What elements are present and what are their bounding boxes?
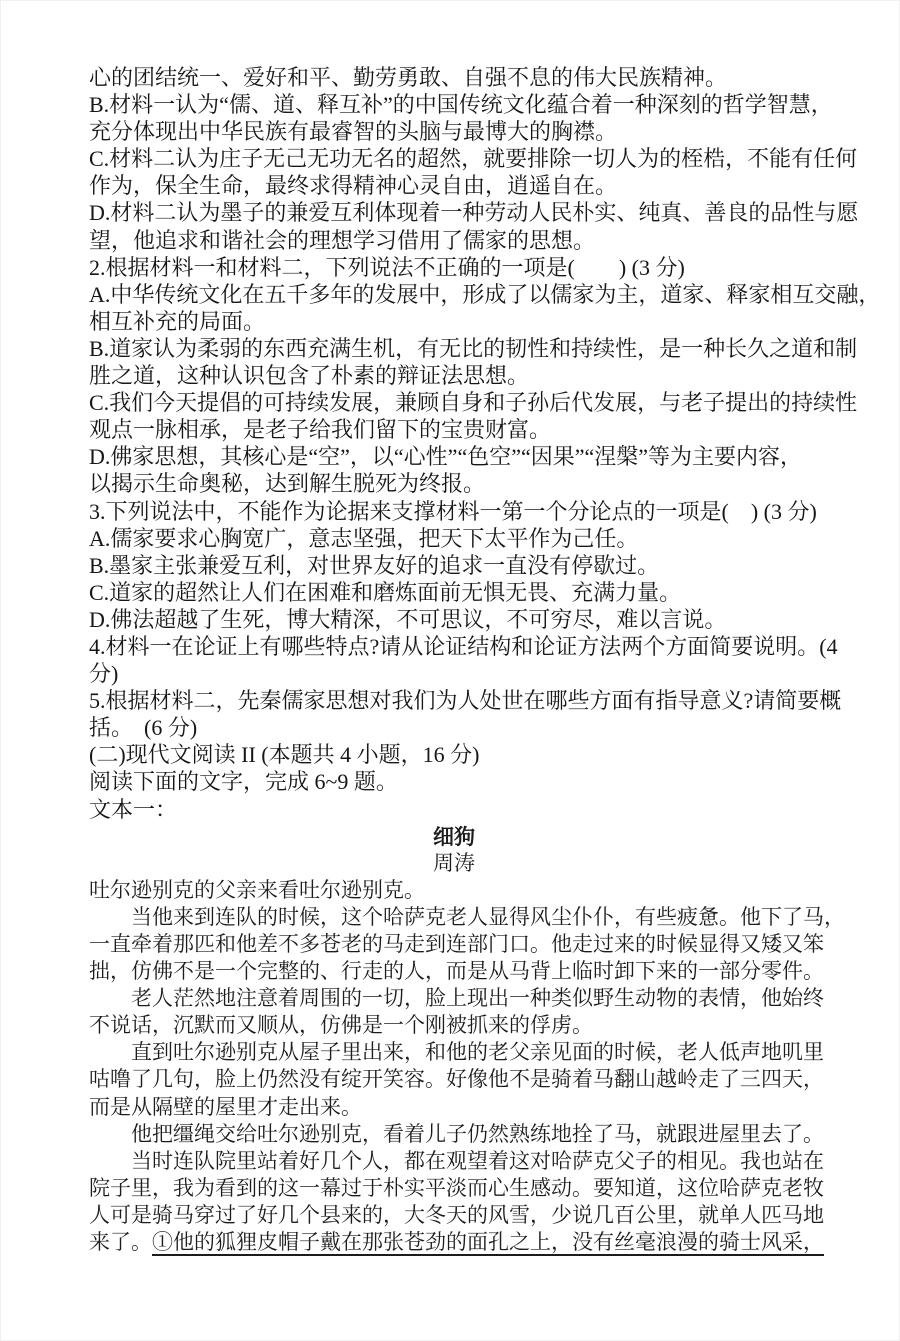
option-b-cont: 充分体现出中华民族有最睿智的头脑与最博大的胸襟。 <box>89 118 819 145</box>
q2-option-b: B.道家认为柔弱的东西充满生机，有无比的韧性和持续性，是一种长久之道和制 <box>89 335 819 362</box>
text-run: B.材料一认为“儒、道、释互补”的中国传统文化蕴合着一种深刻的哲学智慧， <box>89 92 833 117</box>
text-run: 咕噜了几句，脸上仍然没有绽开笑容。好像他不是骑着马翻山越岭走了三四天， <box>89 1067 824 1091</box>
text-run: C.材料二认为庄子无己无功无名的超然，就要排除一切人为的桎梏，不能有任何 <box>89 146 857 171</box>
story-line: 而是从隔壁的屋里才走出来。 <box>89 1094 819 1121</box>
story-author: 周涛 <box>89 850 819 877</box>
text-run: 望，他追求和谐社会的理想学习借用了儒家的思想。 <box>89 228 595 253</box>
q2-option-d: D.佛家思想，其核心是“空”，以“心性”“色空”“因果”“涅槃”等为主要内容， <box>89 443 819 470</box>
text-run: D.材料二认为墨子的兼爱互利体现着一种劳动人民朴实、纯真、善良的品性与愿 <box>89 200 858 225</box>
text-one-label: 文本一： <box>89 796 819 823</box>
exam-page: 心的团结统一、爱好和平、勤劳勇敢、自强不息的伟大民族精神。B.材料一认为“儒、道… <box>0 0 900 1341</box>
story-line: 人可是骑马穿过了好几个县来的，大冬天的风雪，少说几百公里，就单人匹马地 <box>89 1202 819 1229</box>
story-line: 直到吐尔逊别克从屋子里出来，和他的老父亲见面的时候，老人低声地叽里 <box>89 1039 819 1066</box>
q2-option-d-cont: 以揭示生命奥秘，达到解生脱死为终报。 <box>89 470 819 497</box>
text-run: C.我们今天提倡的可持续发展，兼顾自身和子孙后代发展，与老子提出的持续性 <box>89 390 857 415</box>
q2-option-c-cont: 观点一脉相承，是老子给我们留下的宝贵财富。 <box>89 416 819 443</box>
story-line: 不说话，沉默而又顺从，仿佛是一个刚被抓来的俘虏。 <box>89 1012 819 1039</box>
text-run: B.道家认为柔弱的东西充满生机，有无比的韧性和持续性，是一种长久之道和制 <box>89 336 857 361</box>
story-line: 当时连队院里站着好几个人，都在观望着这对哈萨克父子的相见。我也站在 <box>89 1148 819 1175</box>
text-run: 胜之道，这种认识包含了朴素的辩证法思想。 <box>89 363 529 388</box>
text-run: 3.下列说法中，不能作为论据来支撑材料一第一个分论点的一项是( ) (3 分) <box>89 499 817 524</box>
text-run: 当他来到连队的时候，这个哈萨克老人显得风尘仆仆，有些疲惫。他下了马， <box>89 905 845 929</box>
option-d-cont: 望，他追求和谐社会的理想学习借用了儒家的思想。 <box>89 227 819 254</box>
text-run: 人可是骑马穿过了好几个县来的，大冬天的风雪，少说几百公里，就单人匹马地 <box>89 1203 824 1227</box>
text-run: 2.根据材料一和材料二，下列说法不正确的一项是( ) (3 分) <box>89 255 685 280</box>
option-c: C.材料二认为庄子无己无功无名的超然，就要排除一切人为的桎梏，不能有任何 <box>89 145 819 172</box>
text-run: 直到吐尔逊别克从屋子里出来，和他的老父亲见面的时候，老人低声地叽里 <box>89 1040 824 1064</box>
q3-option-b: B.墨家主张兼爱互利，对世界友好的追求一直没有停歇过。 <box>89 552 819 579</box>
text-run: 4.材料一在论证上有哪些特点?请从论证结构和论证方法两个方面简要说明。(4 <box>89 634 838 659</box>
text-run: 括。 (6 分) <box>89 715 197 740</box>
text-run: 观点一脉相承，是老子给我们留下的宝贵财富。 <box>89 417 551 442</box>
text-run: 不说话，沉默而又顺从，仿佛是一个刚被抓来的俘虏。 <box>89 1013 593 1037</box>
q2-option-c: C.我们今天提倡的可持续发展，兼顾自身和子孙后代发展，与老子提出的持续性 <box>89 389 819 416</box>
story-line-underlined: 来了。①他的狐狸皮帽子戴在那张苍劲的面孔之上，没有丝毫浪漫的骑士风采， <box>89 1229 819 1256</box>
text-run: D.佛法超越了生死，博大精深，不可思议，不可穷尽，难以言说。 <box>89 607 726 632</box>
q2-option-b-cont: 胜之道，这种认识包含了朴素的辩证法思想。 <box>89 362 819 389</box>
q3-option-a: A.儒家要求心胸宽广，意志坚强，把天下太平作为己任。 <box>89 525 819 552</box>
text-run: 周涛 <box>433 851 475 875</box>
text-run: 作为，保全生命，最终求得精神心灵自由，逍遥自在。 <box>89 173 617 198</box>
para-continuation: 心的团结统一、爱好和平、勤劳勇敢、自强不息的伟大民族精神。 <box>89 64 819 91</box>
text-run: (二)现代文阅读 II (本题共 4 小题，16 分) <box>89 742 479 767</box>
story-title: 细狗 <box>89 823 819 850</box>
text-run: A.中华传统文化在五千多年的发展中，形成了以儒家为主，道家、释家相互交融， <box>89 282 880 307</box>
text-run: A.儒家要求心胸宽广，意志坚强，把天下太平作为己任。 <box>89 526 638 551</box>
question-4: 4.材料一在论证上有哪些特点?请从论证结构和论证方法两个方面简要说明。(4 <box>89 633 819 660</box>
text-run: 文本一： <box>89 797 177 822</box>
text-run: 而是从隔壁的屋里才走出来。 <box>89 1095 362 1119</box>
text-run: C.道家的超然让人们在困难和磨炼面前无惧无畏、充满力量。 <box>89 580 681 605</box>
story-line: 吐尔逊别克的父亲来看吐尔逊别克。 <box>89 877 819 904</box>
option-b: B.材料一认为“儒、道、释互补”的中国传统文化蕴合着一种深刻的哲学智慧， <box>89 91 819 118</box>
text-run: 5.根据材料二，先秦儒家思想对我们为人处世在哪些方面有指导意义?请简要概 <box>89 688 841 713</box>
question-4-cont: 分) <box>89 660 819 687</box>
option-c-cont: 作为，保全生命，最终求得精神心灵自由，逍遥自在。 <box>89 172 819 199</box>
text-run: 来了。 <box>89 1230 152 1254</box>
question-5-cont: 括。 (6 分) <box>89 714 819 741</box>
text-run: 当时连队院里站着好几个人，都在观望着这对哈萨克父子的相见。我也站在 <box>89 1149 824 1173</box>
text-run: 拙，仿佛不是一个完整的、行走的人，而是从马背上临时卸下来的一部分零件。 <box>89 959 824 983</box>
text-run: 他把缰绳交给吐尔逊别克，看着儿子仍然熟练地拴了马，就跟进屋里去了。 <box>89 1122 824 1146</box>
q2-option-a: A.中华传统文化在五千多年的发展中，形成了以儒家为主，道家、释家相互交融， <box>89 281 819 308</box>
text-run: 吐尔逊别克的父亲来看吐尔逊别克。 <box>89 878 425 902</box>
story-line: 拙，仿佛不是一个完整的、行走的人，而是从马背上临时卸下来的一部分零件。 <box>89 958 819 985</box>
text-run: 分) <box>89 661 118 686</box>
text-run: 以揭示生命奥秘，达到解生脱死为终报。 <box>89 471 485 496</box>
story-line: 老人茫然地注意着周围的一切，脸上现出一种类似野生动物的表情，他始终 <box>89 985 819 1012</box>
text-run: 阅读下面的文字，完成 6~9 题。 <box>89 769 398 794</box>
story-line: 一直牵着那匹和他差不多苍老的马走到连部门口。他走过来的时候显得又矮又笨 <box>89 931 819 958</box>
text-run: 院子里，我为看到的这一幕过于朴实平淡而心生感动。要知道，这位哈萨克老牧 <box>89 1176 824 1200</box>
underlined-passage: ①他的狐狸皮帽子戴在那张苍劲的面孔之上，没有丝毫浪漫的骑士风采， <box>152 1230 824 1254</box>
text-run: 心的团结统一、爱好和平、勤劳勇敢、自强不息的伟大民族精神。 <box>89 65 727 90</box>
story-line: 当他来到连队的时候，这个哈萨克老人显得风尘仆仆，有些疲惫。他下了马， <box>89 904 819 931</box>
question-5: 5.根据材料二，先秦儒家思想对我们为人处世在哪些方面有指导意义?请简要概 <box>89 687 819 714</box>
q2-option-a-cont: 相互补充的局面。 <box>89 308 819 335</box>
q3-option-c: C.道家的超然让人们在困难和磨炼面前无惧无畏、充满力量。 <box>89 579 819 606</box>
text-run: 充分体现出中华民族有最睿智的头脑与最博大的胸襟。 <box>89 119 617 144</box>
story-line: 咕噜了几句，脸上仍然没有绽开笑容。好像他不是骑着马翻山越岭走了三四天， <box>89 1066 819 1093</box>
story-line: 他把缰绳交给吐尔逊别克，看着儿子仍然熟练地拴了马，就跟进屋里去了。 <box>89 1121 819 1148</box>
text-run: 一直牵着那匹和他差不多苍老的马走到连部门口。他走过来的时候显得又矮又笨 <box>89 932 824 956</box>
story-line: 院子里，我为看到的这一幕过于朴实平淡而心生感动。要知道，这位哈萨克老牧 <box>89 1175 819 1202</box>
option-d: D.材料二认为墨子的兼爱互利体现着一种劳动人民朴实、纯真、善良的品性与愿 <box>89 199 819 226</box>
text-run: 相互补充的局面。 <box>89 309 265 334</box>
reading-instruction: 阅读下面的文字，完成 6~9 题。 <box>89 768 819 795</box>
document-body: 心的团结统一、爱好和平、勤劳勇敢、自强不息的伟大民族精神。B.材料一认为“儒、道… <box>89 64 819 1256</box>
text-run: 老人茫然地注意着周围的一切，脸上现出一种类似野生动物的表情，他始终 <box>89 986 824 1010</box>
text-run: 细狗 <box>433 824 475 849</box>
q3-option-d: D.佛法超越了生死，博大精深，不可思议，不可穷尽，难以言说。 <box>89 606 819 633</box>
question-2-stem: 2.根据材料一和材料二，下列说法不正确的一项是( ) (3 分) <box>89 254 819 281</box>
text-run: D.佛家思想，其核心是“空”，以“心性”“色空”“因果”“涅槃”等为主要内容， <box>89 444 802 469</box>
section-2-header: (二)现代文阅读 II (本题共 4 小题，16 分) <box>89 741 819 768</box>
text-run: B.墨家主张兼爱互利，对世界友好的追求一直没有停歇过。 <box>89 553 659 578</box>
question-3-stem: 3.下列说法中，不能作为论据来支撑材料一第一个分论点的一项是( ) (3 分) <box>89 498 819 525</box>
